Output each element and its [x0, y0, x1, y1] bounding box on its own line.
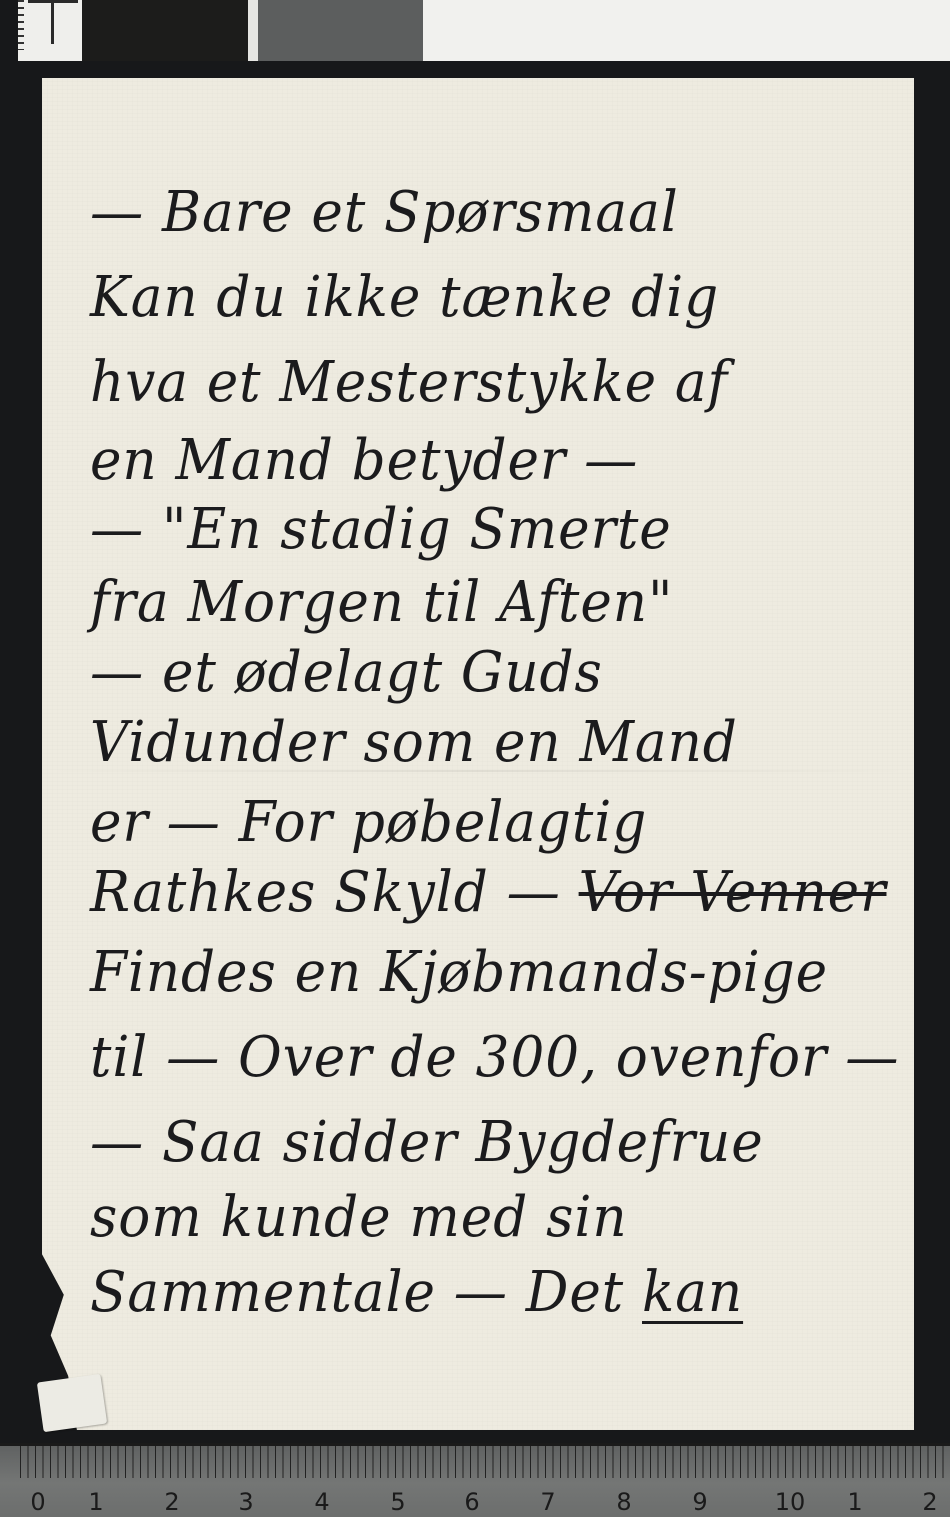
ruler-label: 0 — [30, 1488, 45, 1516]
calibration-divider — [248, 0, 258, 61]
registration-mark — [51, 0, 54, 44]
calibration-ticks — [18, 0, 24, 50]
underlined-word: kan — [642, 1260, 743, 1325]
mounting-tab — [37, 1374, 107, 1432]
text-line: en Mand betyder — — [90, 428, 638, 493]
calibration-patch-gray — [258, 0, 423, 61]
text-line: — Saa sidder Bygdefrue — [90, 1110, 764, 1175]
measurement-ruler: 0 1 2 3 4 5 6 7 8 9 10 1 2 — [0, 1443, 950, 1517]
text-line: er — For pøbelagtig — [90, 790, 647, 855]
text-line: — "En stadig Smerte — [90, 497, 672, 562]
ruler-label: 6 — [464, 1488, 479, 1516]
text-line: Findes en Kjøbmands-pige — [90, 940, 828, 1005]
ruler-label: 1 — [847, 1488, 862, 1516]
ruler-label: 2 — [164, 1488, 179, 1516]
calibration-patch-white — [423, 0, 950, 61]
ruler-label: 5 — [390, 1488, 405, 1516]
text-line: Rathkes Skyld — Vor Venner — [90, 860, 886, 925]
text-line: — Bare et Spørsmaal — [90, 180, 679, 245]
text-line: Vidunder som en Mand — [90, 710, 738, 775]
ruler-label: 8 — [616, 1488, 631, 1516]
text-line: Kan du ikke tænke dig — [90, 265, 719, 330]
text-line: — et ødelagt Guds — [90, 640, 603, 705]
ruler-label: 1 — [88, 1488, 103, 1516]
ruler-label: 7 — [540, 1488, 555, 1516]
calibration-patch-black — [82, 0, 248, 61]
ruler-label: 4 — [314, 1488, 329, 1516]
text-line: som kunde med sin — [90, 1185, 628, 1250]
calibration-patch-white — [18, 0, 82, 61]
ruler-label: 10 — [775, 1488, 806, 1516]
text-line: til — Over de 300, ovenfor — — [90, 1025, 899, 1090]
text-line: fra Morgen til Aften" — [90, 570, 673, 635]
text-line: Sammentale — Det kan — [90, 1260, 743, 1325]
struck-text: Vor Venner — [579, 860, 887, 925]
color-calibration-strip — [18, 0, 950, 61]
text-line: hva et Mesterstykke af — [90, 350, 728, 415]
ruler-label: 2 — [922, 1488, 937, 1516]
ruler-ticks — [20, 1446, 950, 1478]
ruler-label: 9 — [692, 1488, 707, 1516]
ruler-label: 3 — [238, 1488, 253, 1516]
